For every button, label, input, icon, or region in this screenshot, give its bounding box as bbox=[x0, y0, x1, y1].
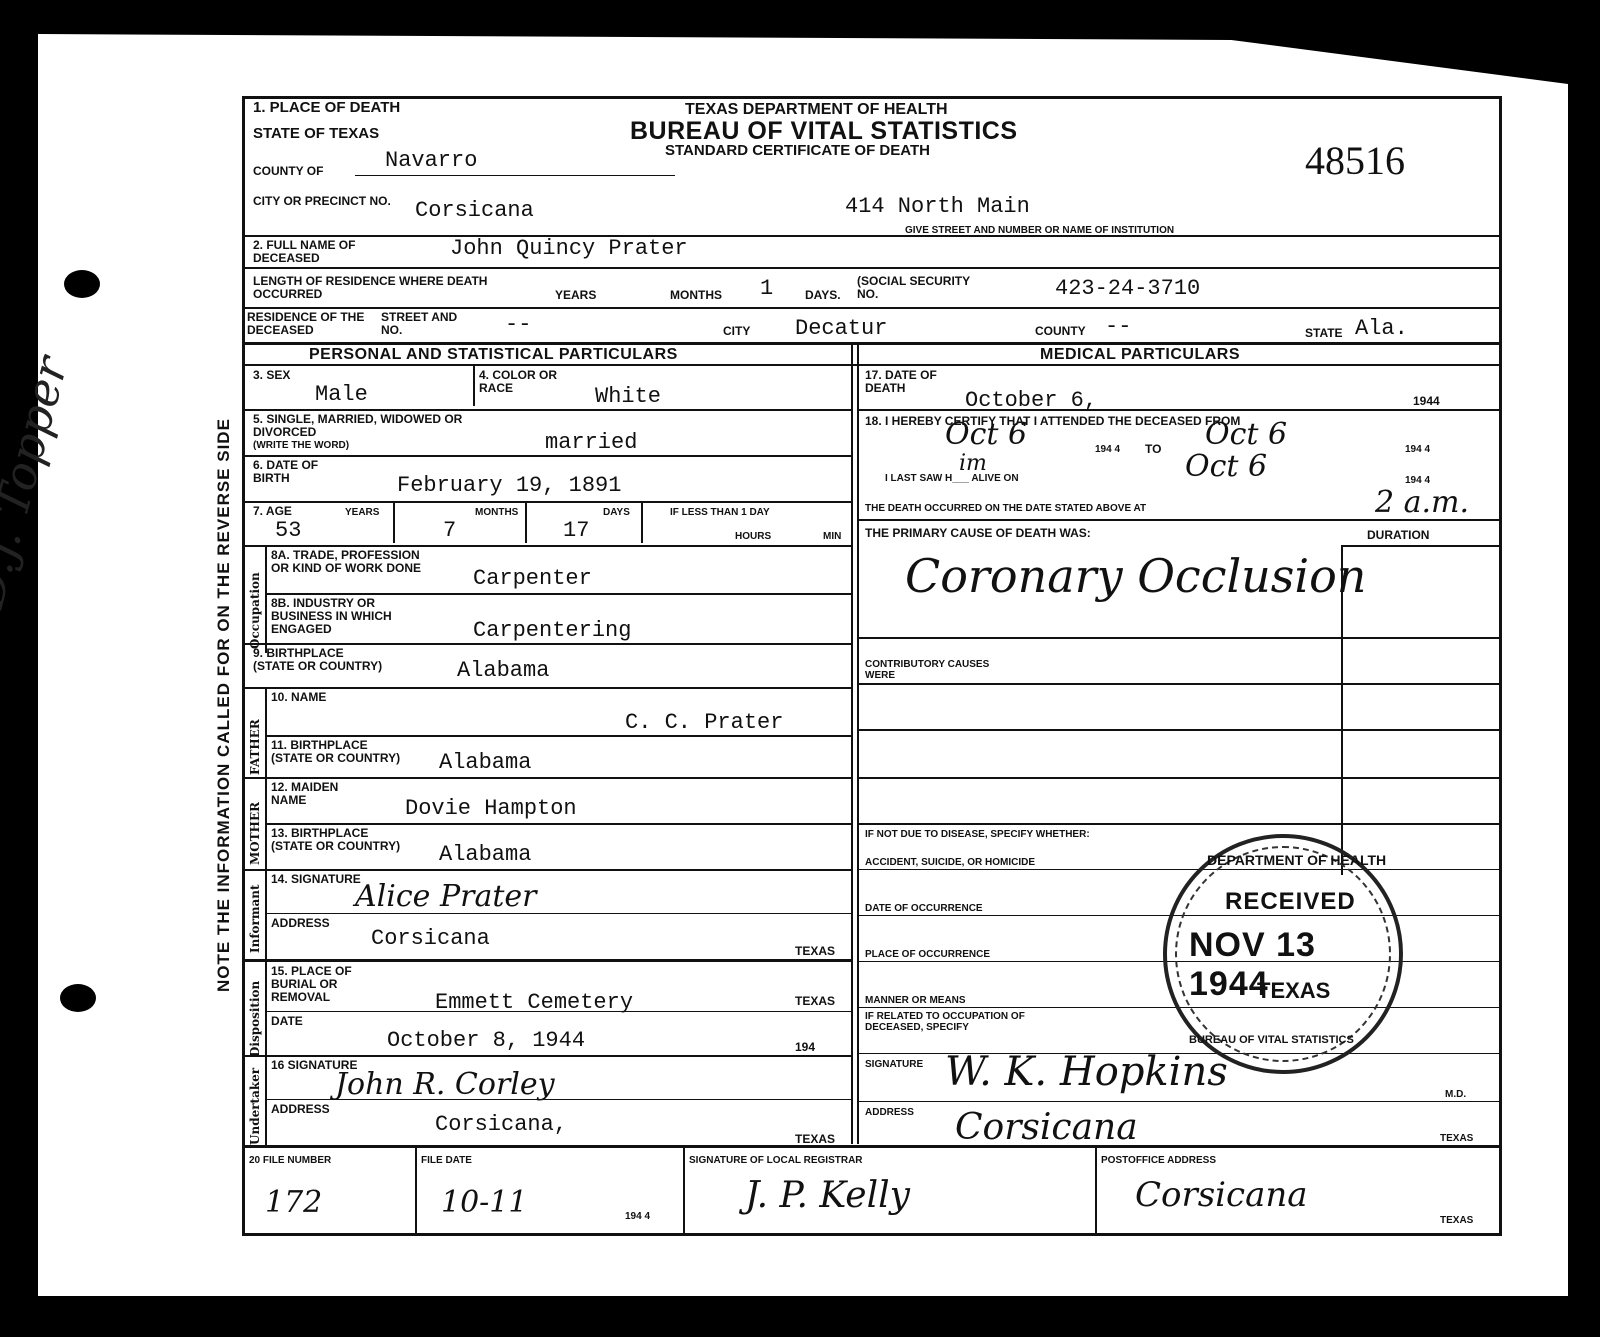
punch-hole bbox=[60, 984, 96, 1012]
age-years-label: YEARS bbox=[345, 507, 379, 518]
birthplace-value: Alabama bbox=[457, 659, 549, 683]
burial-texas-label: TEXAS bbox=[795, 995, 835, 1008]
ssn-label: (SOCIAL SECURITY NO. bbox=[857, 275, 987, 301]
not-disease-label: IF NOT DUE TO DISEASE, SPECIFY WHETHER: bbox=[865, 829, 1090, 840]
last-saw-pronoun: im bbox=[959, 451, 987, 476]
dob-value: February 19, 1891 bbox=[397, 474, 621, 498]
residence-street-value: -- bbox=[505, 313, 531, 337]
postoffice-value: Corsicana bbox=[1135, 1175, 1308, 1215]
residence-city-value: Decatur bbox=[795, 317, 887, 341]
burial-year-prefix: 194 bbox=[795, 1041, 815, 1054]
manner-label: MANNER OR MEANS bbox=[865, 995, 966, 1006]
occupation-tab: Occupation bbox=[248, 572, 262, 649]
months-label: MONTHS bbox=[670, 289, 722, 302]
state-label: STATE OF TEXAS bbox=[253, 127, 379, 140]
physician-address-value: Corsicana bbox=[955, 1107, 1138, 1148]
undertaker-address-label: ADDRESS bbox=[271, 1103, 330, 1116]
undertaker-tab: Undertaker bbox=[248, 1068, 262, 1145]
birthplace-label: 9. BIRTHPLACE (STATE OR COUNTRY) bbox=[253, 647, 383, 673]
full-name-value: John Quincy Prater bbox=[450, 237, 688, 261]
industry-label: 8B. INDUSTRY OR BUSINESS IN WHICH ENGAGE… bbox=[271, 597, 431, 636]
attended-to-year: 194 4 bbox=[1405, 444, 1430, 455]
informant-address-label: ADDRESS bbox=[271, 917, 330, 930]
time-label: THE DEATH OCCURRED ON THE DATE STATED AB… bbox=[865, 503, 1146, 514]
attended-to-value: Oct 6 bbox=[1205, 417, 1287, 452]
residence-length-label: LENGTH OF RESIDENCE WHERE DEATH OCCURRED bbox=[253, 275, 493, 301]
father-name-label: 10. NAME bbox=[271, 691, 326, 704]
registrar-signature: J. P. Kelly bbox=[745, 1175, 910, 1216]
duration-label: DURATION bbox=[1367, 529, 1429, 542]
undertaker-address-value: Corsicana, bbox=[435, 1113, 567, 1137]
medical-section-title: MEDICAL PARTICULARS bbox=[1040, 346, 1240, 364]
residence-city-label: CITY bbox=[723, 325, 750, 338]
residence-state-value: Ala. bbox=[1355, 317, 1408, 341]
stamp-ring-bottom: BUREAU OF VITAL STATISTICS bbox=[1189, 1034, 1354, 1046]
occupation-related-label: IF RELATED TO OCCUPATION OF DECEASED, SP… bbox=[865, 1011, 1045, 1033]
place-of-death-label: 1. PLACE OF DEATH bbox=[253, 101, 400, 114]
full-name-label: 2. FULL NAME OF DECEASED bbox=[253, 239, 373, 265]
accident-label: ACCIDENT, SUICIDE, OR HOMICIDE bbox=[865, 857, 1035, 868]
race-value: White bbox=[595, 385, 661, 409]
street-value: 414 North Main bbox=[845, 195, 1030, 219]
informant-tab: Informant bbox=[248, 884, 262, 953]
physician-address-label: ADDRESS bbox=[865, 1107, 914, 1118]
undertaker-signature: John R. Corley bbox=[335, 1067, 555, 1102]
physician-signature: W. K. Hopkins bbox=[945, 1049, 1228, 1095]
primary-cause-value: Coronary Occlusion bbox=[905, 549, 1366, 603]
marital-note: (WRITE THE WORD) bbox=[253, 440, 349, 451]
age-months-label: MONTHS bbox=[475, 507, 518, 518]
form-title: STANDARD CERTIFICATE OF DEATH bbox=[665, 142, 930, 159]
informant-texas-label: TEXAS bbox=[795, 945, 835, 958]
trade-value: Carpenter bbox=[473, 567, 592, 591]
age-label: 7. AGE bbox=[253, 505, 292, 518]
father-birthplace-label: 11. BIRTHPLACE (STATE OR COUNTRY) bbox=[271, 739, 411, 765]
father-tab: FATHER bbox=[248, 719, 262, 775]
mother-birthplace-value: Alabama bbox=[439, 843, 531, 867]
contributory-label: CONTRIBUTORY CAUSES WERE bbox=[865, 659, 1005, 681]
occurrence-place-label: PLACE OF OCCURRENCE bbox=[865, 949, 990, 960]
file-date-value: 10-11 bbox=[441, 1185, 527, 1220]
certify-label: 18. I HEREBY CERTIFY THAT I ATTENDED THE… bbox=[865, 415, 1240, 428]
postoffice-texas-label: TEXAS bbox=[1440, 1215, 1473, 1226]
time-value: 2 a.m. bbox=[1375, 485, 1469, 520]
personal-section-title: PERSONAL AND STATISTICAL PARTICULARS bbox=[309, 346, 678, 364]
attended-from-year: 194 4 bbox=[1095, 444, 1120, 455]
street-no-label: STREET AND NO. bbox=[381, 311, 461, 337]
trade-label: 8A. TRADE, PROFESSION OR KIND OF WORK DO… bbox=[271, 549, 431, 575]
county-label: COUNTY OF bbox=[253, 165, 323, 178]
stamp-state: TEXAS bbox=[1257, 978, 1330, 1004]
informant-signature-label: 14. SIGNATURE bbox=[271, 873, 361, 886]
burial-date-value: October 8, 1944 bbox=[387, 1029, 585, 1053]
informant-signature: Alice Prater bbox=[355, 879, 537, 914]
physician-texas-label: TEXAS bbox=[1440, 1133, 1473, 1144]
years-label: YEARS bbox=[555, 289, 596, 302]
county-value: Navarro bbox=[385, 149, 477, 173]
primary-cause-label: THE PRIMARY CAUSE OF DEATH WAS: bbox=[865, 527, 1091, 540]
months-value: 1 bbox=[760, 277, 773, 301]
stamp-ring-top: DEPARTMENT OF HEALTH bbox=[1207, 852, 1386, 868]
file-date-label: FILE DATE bbox=[421, 1155, 472, 1166]
file-number-label: 20 FILE NUMBER bbox=[249, 1155, 331, 1166]
death-date-label: 17. DATE OF DEATH bbox=[865, 369, 965, 395]
registrar-label: SIGNATURE OF LOCAL REGISTRAR bbox=[689, 1155, 863, 1166]
mother-name-label: 12. MAIDEN NAME bbox=[271, 781, 361, 807]
disposition-tab: Disposition bbox=[248, 981, 262, 1057]
hours-label: HOURS bbox=[735, 531, 771, 542]
file-year-value: 194 4 bbox=[625, 1211, 650, 1222]
father-name-value: C. C. Prater bbox=[625, 711, 783, 735]
last-saw-label: I LAST SAW H___ ALIVE ON bbox=[885, 473, 1019, 484]
residence-county-value: -- bbox=[1105, 315, 1131, 339]
physician-signature-label: SIGNATURE bbox=[865, 1059, 923, 1070]
mother-name-value: Dovie Hampton bbox=[405, 797, 577, 821]
father-birthplace-value: Alabama bbox=[439, 751, 531, 775]
city-value: Corsicana bbox=[415, 199, 534, 223]
sex-value: Male bbox=[315, 383, 368, 407]
sex-label: 3. SEX bbox=[253, 369, 290, 382]
city-label: CITY OR PRECINCT NO. bbox=[253, 195, 391, 208]
to-label: TO bbox=[1145, 443, 1161, 456]
death-year-value: 1944 bbox=[1413, 395, 1440, 408]
age-days-label: DAYS bbox=[603, 507, 630, 518]
ssn-value: 423-24-3710 bbox=[1055, 277, 1200, 301]
residence-state-label: STATE bbox=[1305, 327, 1343, 340]
occurrence-date-label: DATE OF OCCURRENCE bbox=[865, 903, 983, 914]
certificate-number: 48516 bbox=[1305, 137, 1405, 184]
received-stamp: DEPARTMENT OF HEALTH RECEIVED NOV 13 194… bbox=[1163, 834, 1403, 1074]
residence-label: RESIDENCE OF THE DECEASED bbox=[247, 311, 377, 337]
punch-hole bbox=[64, 270, 100, 298]
age-years-value: 53 bbox=[275, 519, 301, 543]
burial-date-label: DATE bbox=[271, 1015, 303, 1028]
postoffice-label: POSTOFFICE ADDRESS bbox=[1101, 1155, 1216, 1166]
age-months-value: 7 bbox=[443, 519, 456, 543]
reverse-side-note: NOTE THE INFORMATION CALLED FOR ON THE R… bbox=[214, 392, 234, 992]
stamp-received: RECEIVED bbox=[1225, 888, 1356, 916]
marital-label: 5. SINGLE, MARRIED, WIDOWED OR DIVORCED bbox=[253, 413, 463, 439]
md-label: M.D. bbox=[1445, 1089, 1466, 1100]
industry-value: Carpentering bbox=[473, 619, 631, 643]
min-label: MIN bbox=[823, 531, 841, 542]
age-days-value: 17 bbox=[563, 519, 589, 543]
days-label: DAYS. bbox=[805, 289, 841, 302]
dob-label: 6. DATE OF BIRTH bbox=[253, 459, 343, 485]
informant-address-value: Corsicana bbox=[371, 927, 490, 951]
file-number-value: 172 bbox=[265, 1185, 322, 1220]
burial-label: 15. PLACE OF BURIAL OR REMOVAL bbox=[271, 965, 371, 1004]
mother-birthplace-label: 13. BIRTHPLACE (STATE OR COUNTRY) bbox=[271, 827, 411, 853]
residence-county-label: COUNTY bbox=[1035, 325, 1086, 338]
attended-from-value: Oct 6 bbox=[945, 417, 1027, 452]
death-certificate-form: 1. PLACE OF DEATH STATE OF TEXAS TEXAS D… bbox=[242, 96, 1502, 1236]
race-label: 4. COLOR OR RACE bbox=[479, 369, 569, 395]
marital-value: married bbox=[545, 431, 637, 455]
less-than-day-label: IF LESS THAN 1 DAY bbox=[670, 507, 770, 518]
mother-tab: MOTHER bbox=[248, 802, 262, 865]
last-saw-date: Oct 6 bbox=[1185, 449, 1267, 484]
